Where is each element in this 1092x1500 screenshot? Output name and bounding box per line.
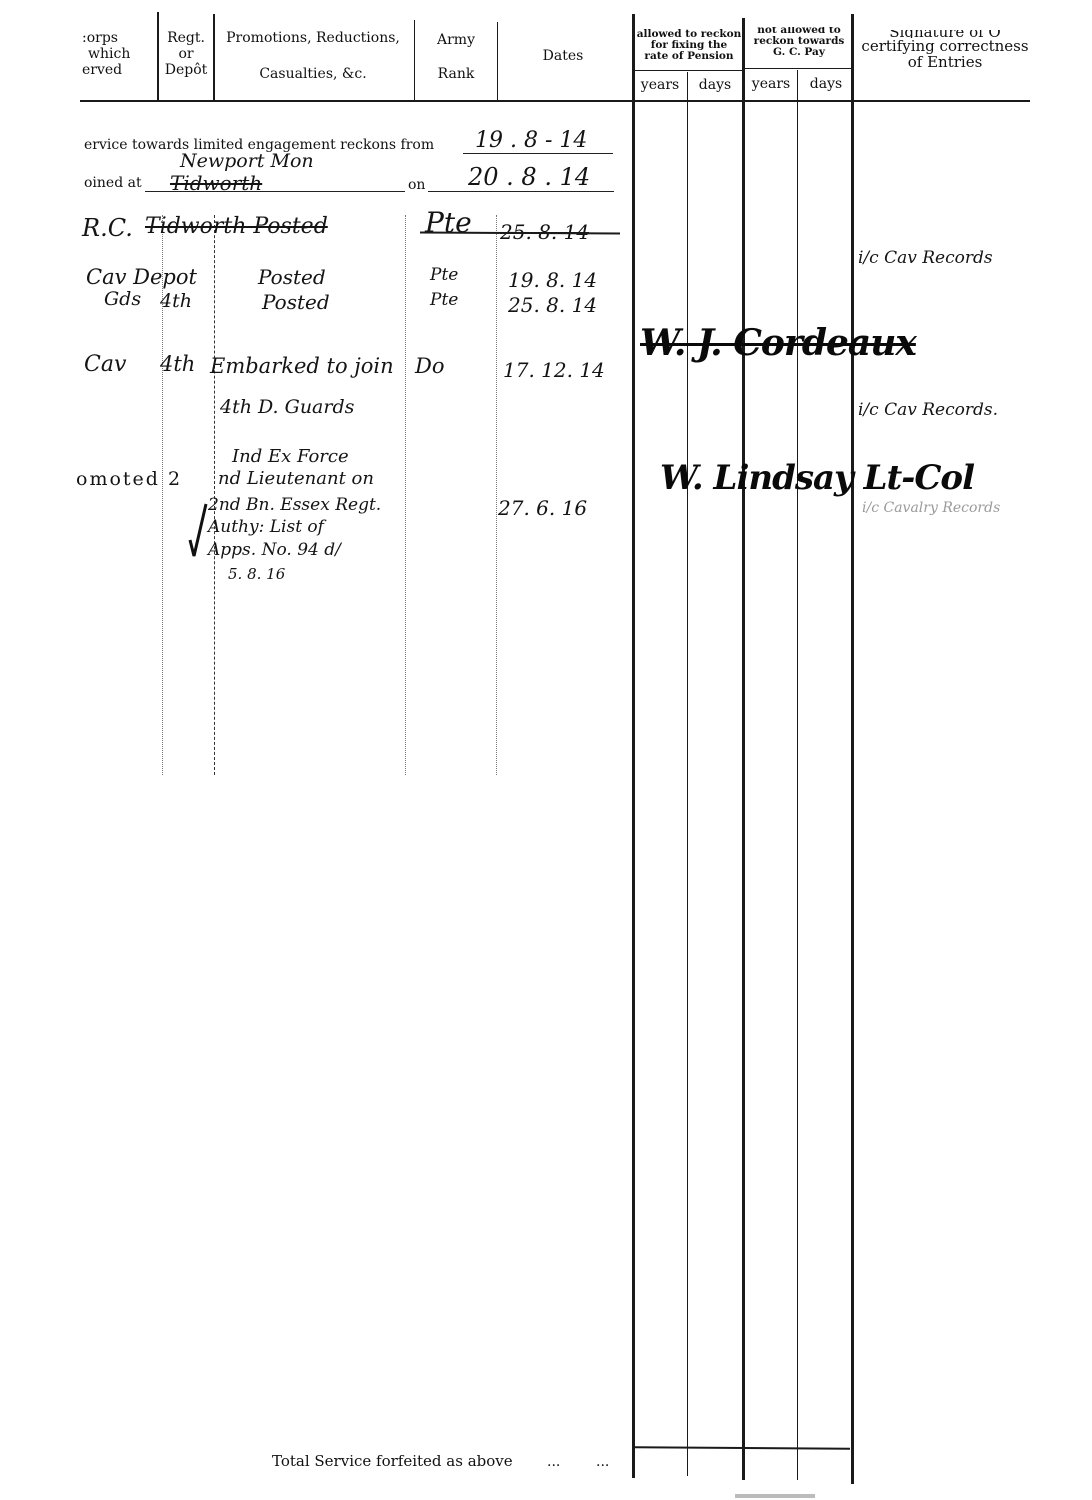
entry-regt: 4th xyxy=(160,290,192,312)
column-rule-gcpay-left xyxy=(742,18,745,1480)
joined-place-correction: Newport Mon xyxy=(180,150,314,172)
header-rank-line: Rank xyxy=(415,66,497,82)
joined-date-underline xyxy=(428,191,614,192)
entry-corps: omoted 2 xyxy=(76,468,182,490)
column-rule-pension-mid xyxy=(687,72,688,1476)
header-promotions-line: Promotions, Reductions, xyxy=(214,30,412,46)
entry-promotions-line: 4th D. Guards xyxy=(220,396,354,418)
service-date-underline xyxy=(463,153,613,154)
header-signature: Signature of O certifying correctness of… xyxy=(856,30,1034,70)
header-corps-line: which xyxy=(82,46,152,62)
header-dates: Dates xyxy=(498,48,628,64)
signature: W. J. Cordeaux xyxy=(640,322,916,364)
on-label: on xyxy=(408,177,425,193)
total-forfeited-label: Total Service forfeited as above xyxy=(272,1452,513,1470)
column-rule-pension-left xyxy=(632,14,635,1478)
header-days-label: days xyxy=(699,77,731,93)
header-regt-line: Regt. xyxy=(158,30,214,46)
signature: W. Lindsay Lt-Col xyxy=(660,458,974,498)
signature-note: i/c Cav Records. xyxy=(858,400,998,420)
entry-rank: Pte xyxy=(425,206,472,239)
header-promotions-line: Casualties, &c. xyxy=(214,66,412,82)
entry-promotions-line: Embarked to join xyxy=(210,354,394,378)
entry-corps: Cav Depot xyxy=(86,265,197,289)
entry-promotions: Posted xyxy=(258,265,326,289)
header-pension-days: days xyxy=(688,77,742,93)
entry-date: 25. 8. 14 xyxy=(508,293,597,317)
entry-rank: Pte xyxy=(430,265,458,285)
header-bottom-rule xyxy=(80,100,1030,102)
entry-promotions: Tidworth Posted xyxy=(145,214,328,239)
entry-promotions-line: Apps. No. 94 d/ xyxy=(208,540,341,560)
header-gcpay-line: G. C. Pay xyxy=(745,47,853,58)
entry-rank: Pte xyxy=(430,290,458,310)
signature-note: i/c Cav Records xyxy=(858,248,993,268)
header-gcpay-rule xyxy=(745,68,853,69)
header-pension-years: years xyxy=(634,77,686,93)
entry-corps: R.C. xyxy=(82,214,133,242)
header-days-label: days xyxy=(810,76,842,92)
column-rule-signature-left xyxy=(851,14,854,1484)
entry-corps: Gds xyxy=(104,288,141,310)
header-army-rank: Army Rank xyxy=(415,32,497,82)
joined-place-struck: Tidworth xyxy=(170,171,262,195)
header-dates-label: Dates xyxy=(543,48,584,64)
entry-date: 17. 12. 14 xyxy=(503,358,605,382)
service-from-date: 19 . 8 - 14 xyxy=(475,128,587,153)
total-dots: ... xyxy=(596,1454,609,1470)
header-corps: :orps which erved xyxy=(82,30,152,78)
header-signature-line: of Entries xyxy=(856,54,1034,70)
header-gcpay-years: years xyxy=(745,76,797,92)
column-rule-gcpay-mid xyxy=(797,70,798,1480)
header-pension-line: rate of Pension xyxy=(634,51,744,62)
header-regt-line: or xyxy=(158,46,214,62)
joined-at-label: oined at xyxy=(84,175,142,191)
entry-corps: Cav xyxy=(84,352,126,377)
entry-promotions-line: 2nd Bn. Essex Regt. xyxy=(208,495,381,515)
entry-promotions-line: Authy: List of xyxy=(208,517,324,537)
column-rule-rank xyxy=(405,215,406,775)
header-rank-line: Army xyxy=(415,32,497,48)
header-gcpay-days: days xyxy=(799,76,853,92)
header-signature-line: certifying correctness xyxy=(856,38,1034,54)
header-corps-line: erved xyxy=(82,62,152,78)
header-years-label: years xyxy=(641,77,679,93)
header-corps-line: :orps xyxy=(82,30,152,46)
joined-date: 20 . 8 . 14 xyxy=(468,163,590,191)
header-regt-line: Depôt xyxy=(158,62,214,78)
entry-promotions-line: Ind Ex Force xyxy=(232,446,349,467)
entry-promotions-line: 5. 8. 16 xyxy=(228,565,285,583)
entry-promotions: Posted xyxy=(262,290,330,314)
signature-faint-note: i/c Cavalry Records xyxy=(862,500,1000,516)
column-rule-dates xyxy=(496,215,497,775)
header-pension-rule xyxy=(633,70,743,71)
entry-promotions-line: nd Lieutenant on xyxy=(218,468,374,489)
header-regt-depot: Regt. or Depôt xyxy=(158,30,214,78)
header-pension-group: allowed to reckon for fixing the rate of… xyxy=(634,29,744,62)
entry-regt: 4th xyxy=(160,352,195,376)
header-gc-pay-group: not allowed to reckon towards G. C. Pay xyxy=(745,27,853,58)
entry-rank: Do xyxy=(415,354,444,378)
checkmark-icon xyxy=(188,502,208,558)
header-years-label: years xyxy=(752,76,790,92)
total-dots: ... xyxy=(547,1454,560,1470)
scan-edge xyxy=(735,1494,815,1498)
entry-date: 27. 6. 16 xyxy=(498,496,587,520)
header-promotions: Promotions, Reductions, Casualties, &c. xyxy=(214,30,412,82)
entry-date: 19. 8. 14 xyxy=(508,268,597,292)
